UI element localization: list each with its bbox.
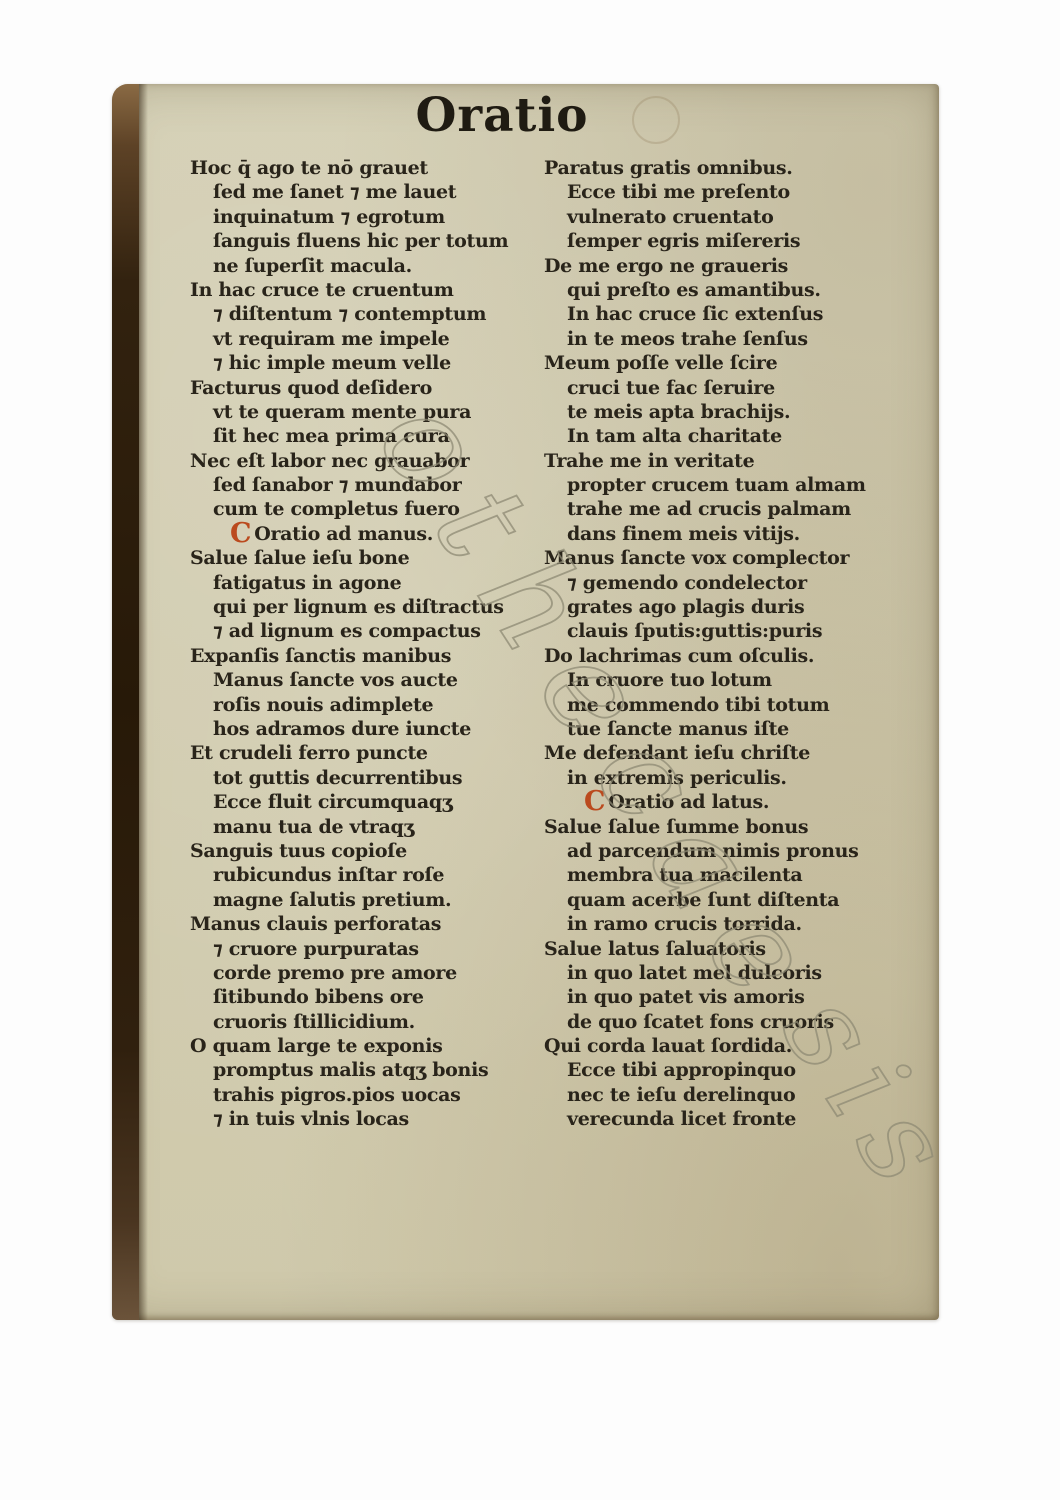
text-line: nec te ieſu derelinquo xyxy=(567,1083,920,1107)
book-page: Oratio Hoc q̄ ago te nō grauetſed me ſa… xyxy=(112,84,939,1320)
text-line: fatigatus in agone xyxy=(213,571,542,595)
text-line: ad parcendum nimis pronus xyxy=(567,839,920,863)
text-line: ⁊ ad lignum es compactus xyxy=(213,619,542,643)
text-line: Ecce fluit circumquaqʒ xyxy=(213,790,542,814)
text-line: propter crucem tuam almam xyxy=(567,473,920,497)
text-line: quam acerbe ſunt diſtenta xyxy=(567,888,920,912)
text-line: in te meos trahe ſenſus xyxy=(567,327,920,351)
text-line: cum te completus fuero xyxy=(213,497,542,521)
text-line: ſed ſanabor ⁊ mundabor xyxy=(213,473,542,497)
text-line: Salue ſalue ieſu bone xyxy=(190,546,542,570)
text-line: Salue latus ſaluatoris xyxy=(544,937,920,961)
text-line: in quo latet mel dulcoris xyxy=(567,961,920,985)
text-line: ⁊ in tuis vlnis locas xyxy=(213,1107,542,1131)
text-line: Meum poſſe velle ſcire xyxy=(544,351,920,375)
text-line: trahe me ad crucis palmam xyxy=(567,497,920,521)
text-line: In tam alta charitate xyxy=(567,424,920,448)
text-line: Ecce tibi appropinquo xyxy=(567,1058,920,1082)
text-line: Do lachrimas cum oſculis. xyxy=(544,644,920,668)
text-line: Nec eſt labor nec grauabor xyxy=(190,449,542,473)
text-line: In hac cruce te cruentum xyxy=(190,278,542,302)
text-line: qui per lignum es diſtractus xyxy=(213,595,542,619)
text-line: clauis ſputis:guttis:puris xyxy=(567,619,920,643)
text-line: Paratus gratis omnibus. xyxy=(544,156,920,180)
rubric-initial: C xyxy=(584,786,605,817)
text-line: Facturus quod deſidero xyxy=(190,376,542,400)
text-line: COratio ad manus. xyxy=(230,522,542,546)
text-line: ſanguis fluens hic per totum xyxy=(213,229,542,253)
text-line: Qui corda lauat ſordida. xyxy=(544,1034,920,1058)
text-line: ſit hec mea prima cura xyxy=(213,424,542,448)
text-line: Manus ſancte vos aucte xyxy=(213,668,542,692)
page-title: Oratio xyxy=(352,88,652,143)
blind-stamp-circle xyxy=(632,96,680,144)
text-line: cruci tue fac ſeruire xyxy=(567,376,920,400)
text-line: hos adramos dure iuncte xyxy=(213,717,542,741)
text-line: ⁊ hic imple meum velle xyxy=(213,351,542,375)
text-line: Et crudeli ferro puncte xyxy=(190,741,542,765)
text-line: cruoris ſtillicidium. xyxy=(213,1010,542,1034)
text-line: Manus ſancte vox complector xyxy=(544,546,920,570)
text-line: Trahe me in veritate xyxy=(544,449,920,473)
text-line: ⁊ diſtentum ⁊ contemptum xyxy=(213,302,542,326)
text-line: de quo ſcatet fons cruoris xyxy=(567,1010,920,1034)
scanned-document: { "page": { "title": "Oratio", "backgrou… xyxy=(0,0,1060,1500)
text-line: tue ſancte manus iſte xyxy=(567,717,920,741)
text-line: inquinatum ⁊ egrotum xyxy=(213,205,542,229)
text-line: vulnerato cruentato xyxy=(567,205,920,229)
text-line: in quo patet vis amoris xyxy=(567,985,920,1009)
text-line: rubicundus inſtar roſe xyxy=(213,863,542,887)
right-text-column: Paratus gratis omnibus.Ecce tibi me preſ… xyxy=(544,156,920,1132)
text-line: promptus malis atqʒ bonis xyxy=(213,1058,542,1082)
text-line: vt te queram mente pura xyxy=(213,400,542,424)
text-line: Ecce tibi me preſento xyxy=(567,180,920,204)
text-line: me commendo tibi totum xyxy=(567,693,920,717)
text-line: manu tua de vtraqʒ xyxy=(213,815,542,839)
text-line: magne ſalutis pretium. xyxy=(213,888,542,912)
text-line: ⁊ cruore purpuratas xyxy=(213,937,542,961)
text-line: Salue ſalue ſumme bonus xyxy=(544,815,920,839)
text-line: ſemper egris miſereris xyxy=(567,229,920,253)
text-line: ⁊ gemendo condelector xyxy=(567,571,920,595)
text-line: in extremis periculis. xyxy=(567,766,920,790)
text-line: verecunda licet fronte xyxy=(567,1107,920,1131)
text-line: ſed me ſanet ⁊ me lauet xyxy=(213,180,542,204)
text-line: membra tua macilenta xyxy=(567,863,920,887)
left-text-column: Hoc q̄ ago te nō grauetſed me ſanet ⁊ m… xyxy=(190,156,542,1132)
text-line: qui preſto es amantibus. xyxy=(567,278,920,302)
text-line: grates ago plagis duris xyxy=(567,595,920,619)
text-line: ne ſuperſit macula. xyxy=(213,254,542,278)
text-line: te meis apta brachijs. xyxy=(567,400,920,424)
text-line: In cruore tuo lotum xyxy=(567,668,920,692)
text-line: In hac cruce ſic extenſus xyxy=(567,302,920,326)
text-line: Expanſis ſanctis manibus xyxy=(190,644,542,668)
text-line: trahis pigros.pios uocas xyxy=(213,1083,542,1107)
text-line: in ramo crucis torrida. xyxy=(567,912,920,936)
text-line: dans finem meis vitijs. xyxy=(567,522,920,546)
text-line: Hoc q̄ ago te nō grauet xyxy=(190,156,542,180)
text-line: De me ergo ne graueris xyxy=(544,254,920,278)
text-line: Sanguis tuus copioſe xyxy=(190,839,542,863)
text-line: COratio ad latus. xyxy=(584,790,920,814)
text-line: tot guttis decurrentibus xyxy=(213,766,542,790)
text-line: roſis nouis adimplete xyxy=(213,693,542,717)
text-line: O quam large te exponis xyxy=(190,1034,542,1058)
text-line: corde premo pre amore xyxy=(213,961,542,985)
text-line: Manus clauis perforatas xyxy=(190,912,542,936)
rubric-initial: C xyxy=(230,518,251,549)
text-line: vt requiram me impele xyxy=(213,327,542,351)
text-line: ſitibundo bibens ore xyxy=(213,985,542,1009)
book-gutter-edge xyxy=(112,84,139,1320)
text-line: Me defendant ieſu chriſte xyxy=(544,741,920,765)
